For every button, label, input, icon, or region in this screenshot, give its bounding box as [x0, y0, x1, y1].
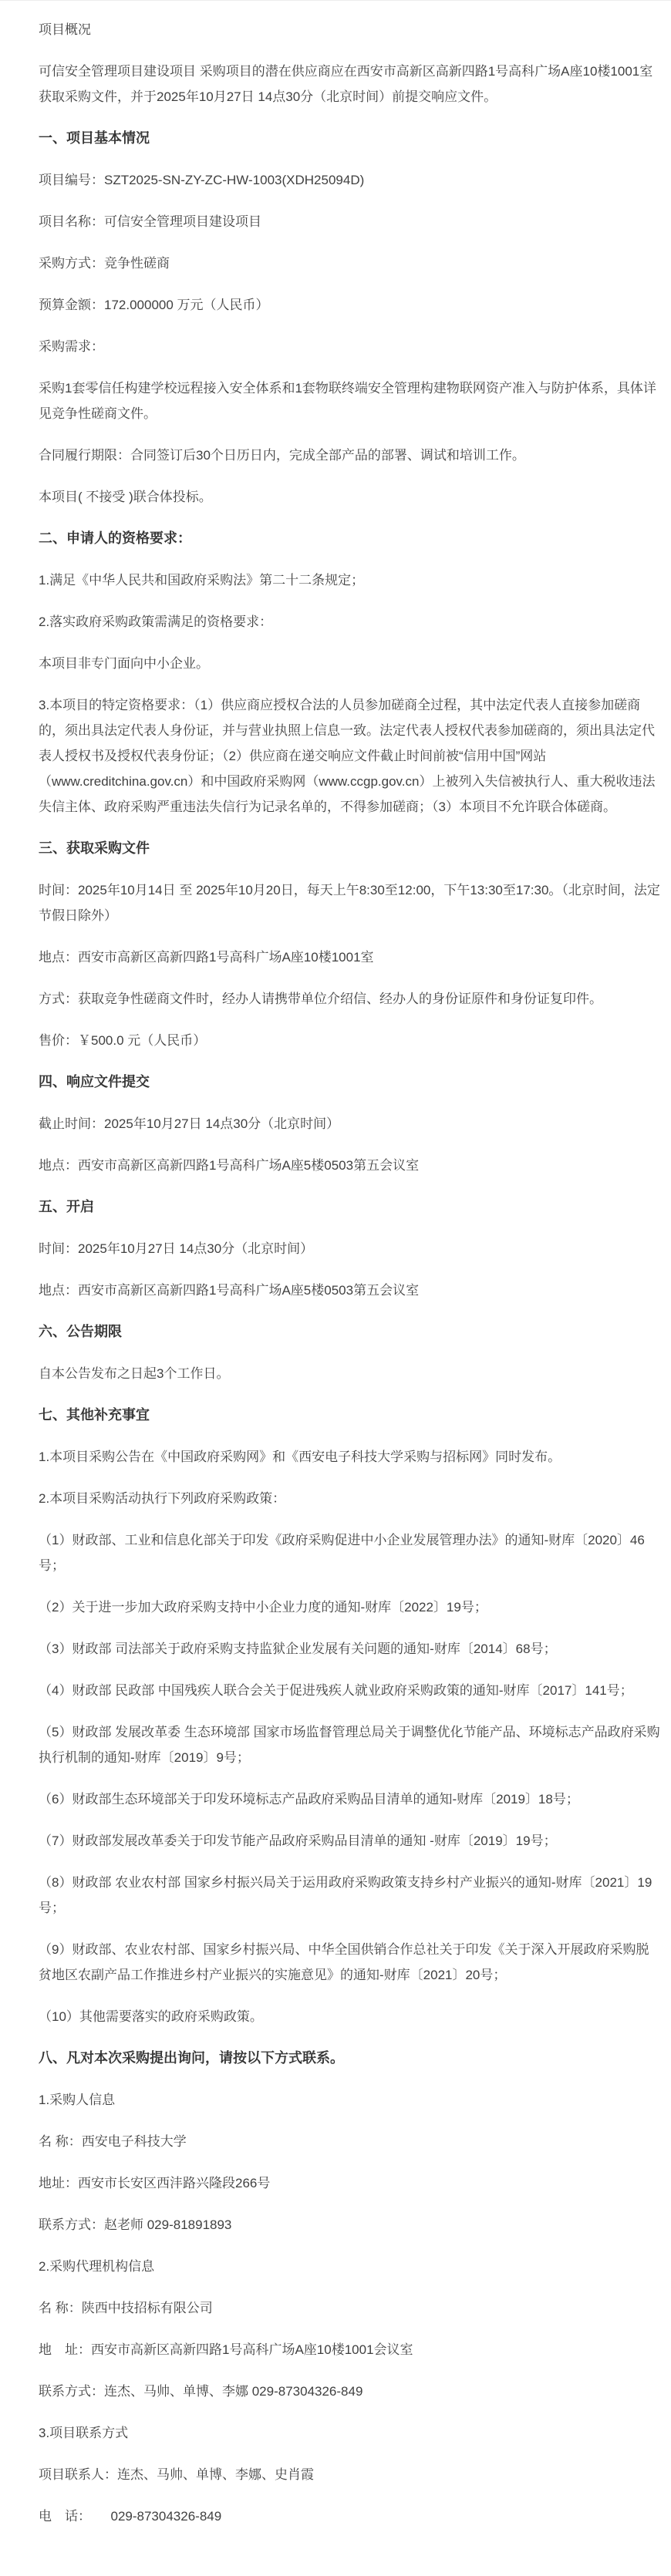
obtain-location: 地点：西安市高新区高新四路1号高科广场A座10楼1001室	[39, 945, 660, 970]
obtain-method: 方式：获取竞争性磋商文件时，经办人请携带单位介绍信、经办人的身份证原件和身份证复…	[39, 986, 660, 1012]
policy-item: （1）财政部、工业和信息化部关于印发《政府采购促进中小企业发展管理办法》的通知-…	[39, 1527, 660, 1578]
section-obtain-heading: 三、获取采购文件	[39, 836, 660, 861]
contract-period: 合同履行期限：合同签订后30个日历日内，完成全部产品的部署、调试和培训工作。	[39, 443, 660, 468]
project-contact-phone: 电 话： 029-87304326-849	[39, 2504, 660, 2529]
qualification-item-1: 1.满足《中华人民共和国政府采购法》第二十二条规定；	[39, 567, 660, 593]
project-number: 项目编号：SZT2025-SN-ZY-ZC-HW-1003(XDH25094D)	[39, 167, 660, 193]
announcement-period-body: 自本公告发布之日起3个工作日。	[39, 1361, 660, 1386]
overview-heading: 项目概况	[39, 17, 660, 42]
policy-item: （7）财政部发展改革委关于印发节能产品政府采购品目清单的通知 -财库〔2019〕…	[39, 1828, 660, 1854]
qualification-item-2-note: 本项目非专门面向中小企业。	[39, 651, 660, 676]
section-contact-heading: 八、凡对本次采购提出询问，请按以下方式联系。	[39, 2046, 660, 2071]
policy-item: （9）财政部、农业农村部、国家乡村振兴局、中华全国供销合作总社关于印发《关于深入…	[39, 1937, 660, 1988]
agency-name: 名 称：陕西中技招标有限公司	[39, 2295, 660, 2321]
policy-item: （10）其他需要落实的政府采购政策。	[39, 2004, 660, 2029]
policy-item: （8）财政部 农业农村部 国家乡村振兴局关于运用政府采购政策支持乡村产业振兴的通…	[39, 1870, 660, 1921]
section-qualification-heading: 二、申请人的资格要求：	[39, 526, 660, 551]
obtain-time: 时间：2025年10月14日 至 2025年10月20日，每天上午8:30至12…	[39, 877, 660, 928]
overview-intro: 可信安全管理项目建设项目 采购项目的潜在供应商应在西安市高新区高新四路1号高科广…	[39, 59, 660, 109]
purchaser-address: 地址：西安市长安区西沣路兴隆段266号	[39, 2170, 660, 2196]
section-other-heading: 七、其他补充事宜	[39, 1402, 660, 1428]
other-item-2: 2.本项目采购活动执行下列政府采购政策：	[39, 1486, 660, 1511]
opening-time: 时间：2025年10月27日 14点30分（北京时间）	[39, 1236, 660, 1261]
demand-description: 采购1套零信任构建学校远程接入安全体系和1套物联终端安全管理构建物联网资产准入与…	[39, 375, 660, 426]
project-contact-persons: 项目联系人：连杰、马帅、单博、李娜、史肖霞	[39, 2462, 660, 2487]
submission-location: 地点：西安市高新区高新四路1号高科广场A座5楼0503第五会议室	[39, 1153, 660, 1178]
agency-address: 地 址：西安市高新区高新四路1号高科广场A座10楼1001会议室	[39, 2337, 660, 2362]
project-name: 项目名称：可信安全管理项目建设项目	[39, 209, 660, 234]
purchaser-info-label: 1.采购人信息	[39, 2087, 660, 2113]
agency-info-label: 2.采购代理机构信息	[39, 2254, 660, 2279]
procurement-announcement-document: 项目概况 可信安全管理项目建设项目 采购项目的潜在供应商应在西安市高新区高新四路…	[0, 0, 671, 2576]
qualification-item-3: 3.本项目的特定资格要求：（1）供应商应授权合法的人员参加磋商全过程，其中法定代…	[39, 692, 660, 820]
purchaser-name: 名 称：西安电子科技大学	[39, 2129, 660, 2154]
section-submission-heading: 四、响应文件提交	[39, 1069, 660, 1095]
agency-contact: 联系方式：连杰、马帅、单博、李娜 029-87304326-849	[39, 2379, 660, 2404]
purchaser-contact: 联系方式：赵老师 029-81891893	[39, 2212, 660, 2238]
policy-item: （2）关于进一步加大政府采购支持中小企业力度的通知-财库〔2022〕19号；	[39, 1594, 660, 1620]
policy-item: （4）财政部 民政部 中国残疾人联合会关于促进残疾人就业政府采购政策的通知-财库…	[39, 1678, 660, 1703]
project-contact-label: 3.项目联系方式	[39, 2420, 660, 2446]
policy-item: （6）财政部生态环境部关于印发环境标志产品政府采购品目清单的通知-财库〔2019…	[39, 1786, 660, 1812]
opening-location: 地点：西安市高新区高新四路1号高科广场A座5楼0503第五会议室	[39, 1278, 660, 1303]
joint-bid-note: 本项目( 不接受 )联合体投标。	[39, 484, 660, 510]
qualification-item-2: 2.落实政府采购政策需满足的资格要求：	[39, 609, 660, 635]
budget-amount: 预算金额：172.000000 万元（人民币）	[39, 292, 660, 318]
demand-label: 采购需求：	[39, 334, 660, 359]
policy-item: （3）财政部 司法部关于政府采购支持监狱企业发展有关问题的通知-财库〔2014〕…	[39, 1636, 660, 1662]
section-announcement-period-heading: 六、公告期限	[39, 1319, 660, 1345]
policy-item: （5）财政部 发展改革委 生态环境部 国家市场监督管理总局关于调整优化节能产品、…	[39, 1719, 660, 1770]
obtain-price: 售价：￥500.0 元（人民币）	[39, 1028, 660, 1053]
section-opening-heading: 五、开启	[39, 1194, 660, 1220]
procurement-method: 采购方式：竞争性磋商	[39, 251, 660, 276]
submission-deadline: 截止时间：2025年10月27日 14点30分（北京时间）	[39, 1111, 660, 1136]
section-basic-heading: 一、项目基本情况	[39, 126, 660, 151]
other-item-1: 1.本项目采购公告在《中国政府采购网》和《西安电子科技大学采购与招标网》同时发布…	[39, 1444, 660, 1470]
